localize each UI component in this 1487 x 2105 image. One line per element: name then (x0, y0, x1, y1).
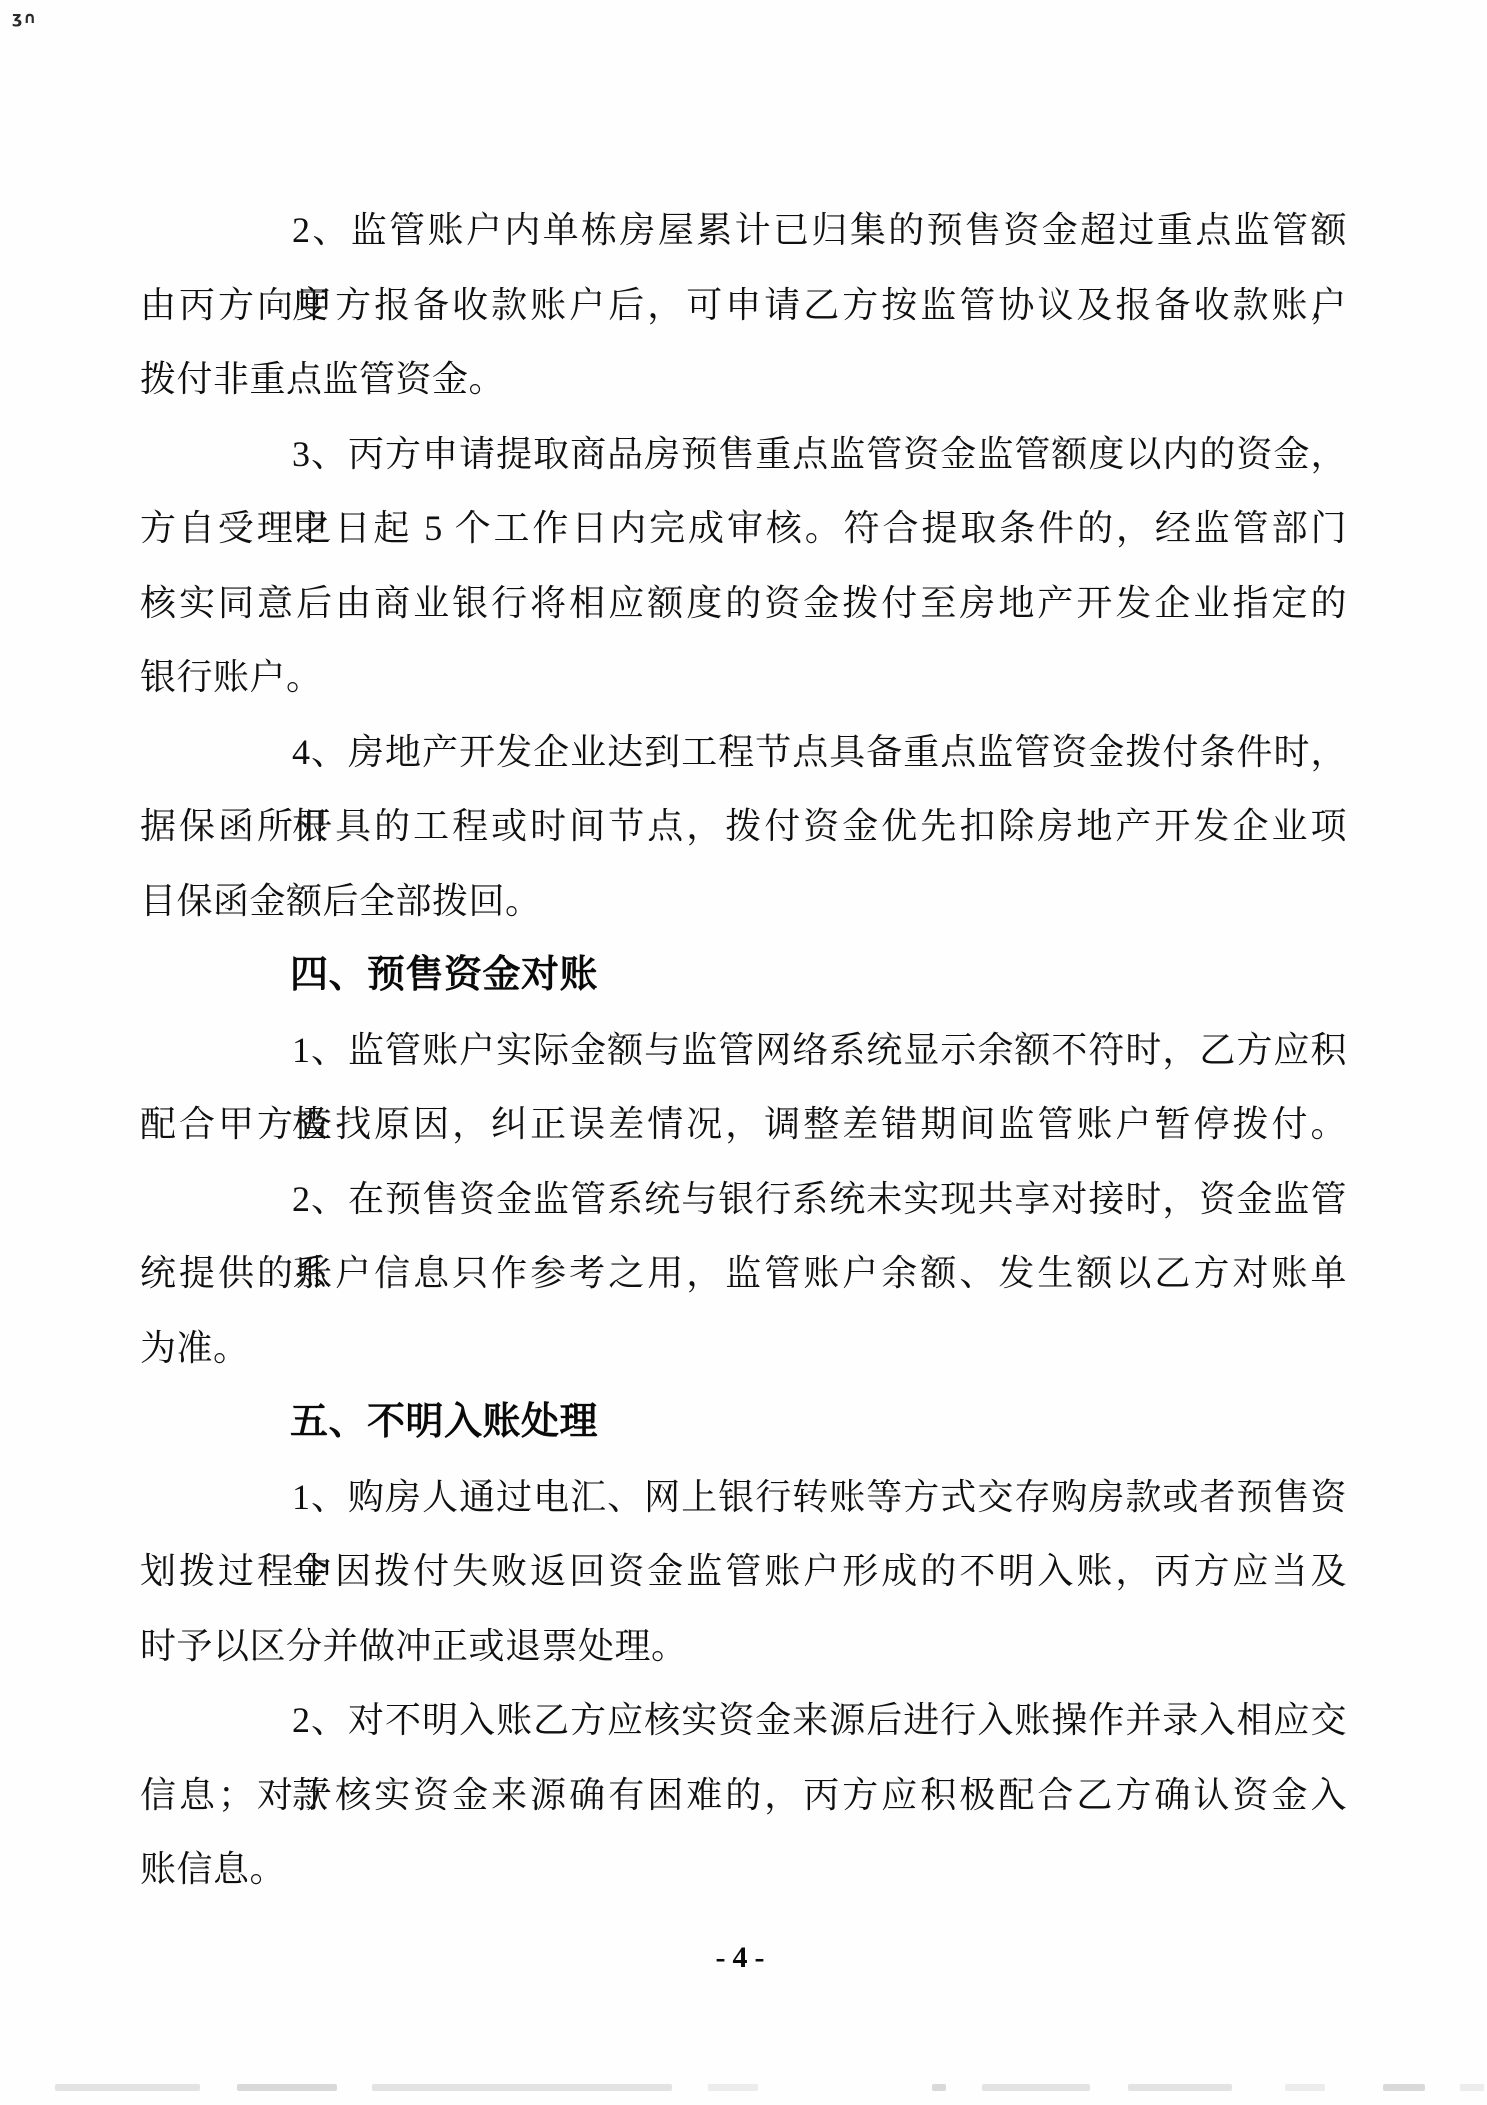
scan-corner-artifact: ʒ∩ (12, 8, 37, 27)
text-line: 2、在预售资金监管系统与银行系统未实现共享对接时，资金监管系 (140, 1162, 1347, 1237)
section-heading: 五、不明入账处理 (140, 1385, 1347, 1460)
scan-dash (708, 2084, 758, 2091)
page-number: -4- (0, 1930, 1487, 1986)
text-line: 核实同意后由商业银行将相应额度的资金拨付至房地产开发企业指定的 (140, 566, 1347, 641)
text-line: 信息；对于核实资金来源确有困难的，丙方应积极配合乙方确认资金入 (140, 1758, 1347, 1833)
text-line: 2、监管账户内单栋房屋累计已归集的预售资金超过重点监管额度， (140, 193, 1347, 268)
text-line: 1、监管账户实际金额与监管网络系统显示余额不符时，乙方应积极 (140, 1013, 1347, 1088)
scan-dash (1460, 2084, 1484, 2091)
text-line: 划拨过程中因拨付失败返回资金监管账户形成的不明入账，丙方应当及 (140, 1534, 1347, 1609)
text-line: 4、房地产开发企业达到工程节点具备重点监管资金拨付条件时，根 (140, 715, 1347, 790)
text-line: 统提供的账户信息只作参考之用，监管账户余额、发生额以乙方对账单 (140, 1236, 1347, 1311)
scan-dash (100, 2084, 200, 2091)
text-line: 目保函金额后全部拨回。 (140, 864, 1347, 939)
text-line: 由丙方向甲方报备收款账户后，可申请乙方按监管协议及报备收款账户 (140, 268, 1347, 343)
document-page: ʒ∩ 2、监管账户内单栋房屋累计已归集的预售资金超过重点监管额度，由丙方向甲方报… (0, 0, 1487, 2105)
text-line: 2、对不明入账乙方应核实资金来源后进行入账操作并录入相应交款 (140, 1683, 1347, 1758)
text-line: 为准。 (140, 1311, 1347, 1386)
text-line: 据保函所开具的工程或时间节点，拨付资金优先扣除房地产开发企业项 (140, 789, 1347, 864)
text-line: 时予以区分并做冲正或退票处理。 (140, 1609, 1347, 1684)
text-line: 账信息。 (140, 1832, 1347, 1907)
text-line: 配合甲方查找原因，纠正误差情况，调整差错期间监管账户暂停拨付。 (140, 1087, 1347, 1162)
scan-dash (1383, 2084, 1425, 2091)
document-body: 2、监管账户内单栋房屋累计已归集的预售资金超过重点监管额度，由丙方向甲方报备收款… (140, 193, 1347, 1907)
scan-dash (237, 2084, 337, 2091)
text-line: 拨付非重点监管资金。 (140, 342, 1347, 417)
text-line: 3、丙方申请提取商品房预售重点监管资金监管额度以内的资金，甲 (140, 417, 1347, 492)
text-line: 1、购房人通过电汇、网上银行转账等方式交存购房款或者预售资金 (140, 1460, 1347, 1535)
scan-dash (1128, 2084, 1232, 2091)
text-line: 银行账户。 (140, 640, 1347, 715)
scan-dash (932, 2084, 946, 2091)
scan-dash (982, 2084, 1090, 2091)
section-heading: 四、预售资金对账 (140, 938, 1347, 1013)
scan-dash (372, 2084, 672, 2091)
scan-dash (1285, 2084, 1325, 2091)
text-line: 方自受理之日起 5 个工作日内完成审核。符合提取条件的，经监管部门 (140, 491, 1347, 566)
